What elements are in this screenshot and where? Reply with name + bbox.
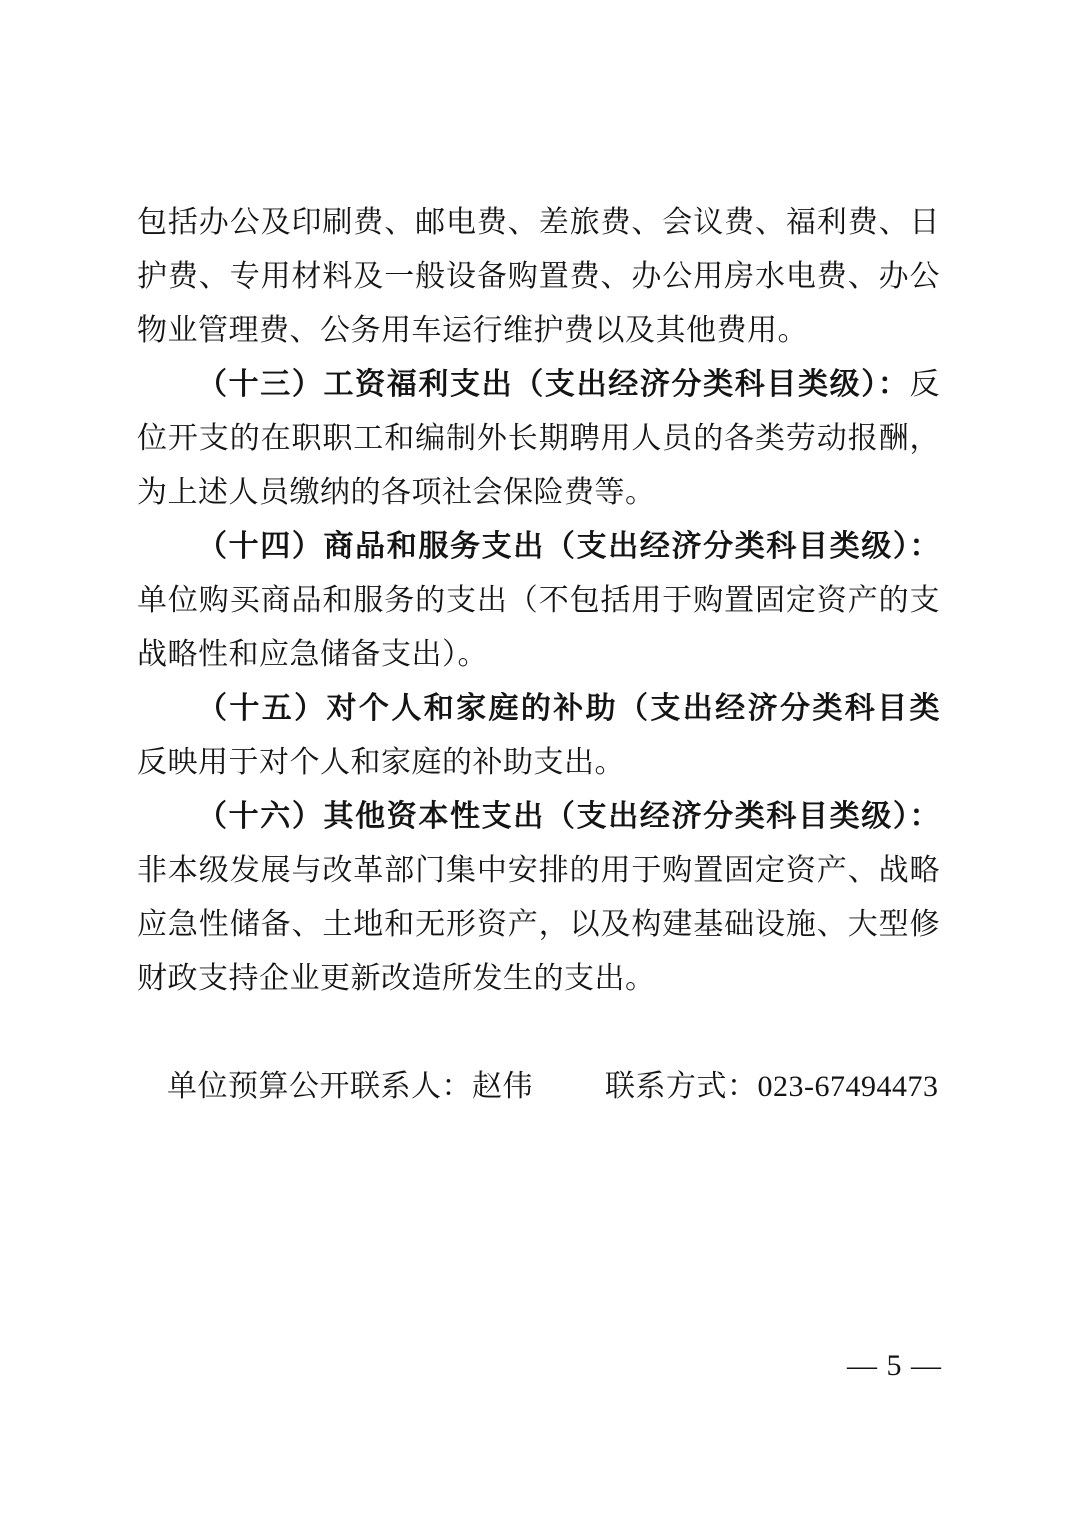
text-line: 反映用于对个人和家庭的补助支出。 (137, 736, 940, 790)
text-line: 非本级发展与改革部门集中安排的用于购置固定资产、战略性和 (137, 844, 940, 898)
line-text: 非本级发展与改革部门集中安排的用于购置固定资产、战略性和 (137, 854, 940, 898)
line-text: 应急性储备、土地和无形资产，以及构建基础设施、大型修缮和 (137, 908, 940, 952)
line-text: 财政支持企业更新改造所发生的支出。 (137, 962, 656, 995)
line-text: 护费、专用材料及一般设备购置费、办公用房水电费、办公用房 (137, 260, 940, 304)
text-line: 物业管理费、公务用车运行维护费以及其他费用。 (137, 304, 940, 358)
line-text: 包括办公及印刷费、邮电费、差旅费、会议费、福利费、日常维 (137, 206, 940, 250)
text-line-item-16: （十六）其他资本性支出（支出经济分类科目类级）：反映 (137, 790, 940, 844)
text-line: 战略性和应急储备支出）。 (137, 628, 940, 682)
contact-phone: 联系方式：023-67494473 (605, 1070, 939, 1103)
text-line: 单位购买商品和服务的支出（不包括用于购置固定资产的支出、 (137, 574, 940, 628)
item-heading: （十五）对个人和家庭的补助（支出经济分类科目类级）： (197, 692, 940, 736)
line-text: 战略性和应急储备支出）。 (137, 638, 488, 671)
text-line: 包括办公及印刷费、邮电费、差旅费、会议费、福利费、日常维 (137, 196, 940, 250)
text-line: 财政支持企业更新改造所发生的支出。 (137, 952, 940, 1006)
text-line: 护费、专用材料及一般设备购置费、办公用房水电费、办公用房 (137, 250, 940, 304)
line-text: 反映用于对个人和家庭的补助支出。 (137, 746, 625, 779)
item-heading: （十四）商品和服务支出（支出经济分类科目类级）： (197, 530, 940, 563)
item-heading: （十三）工资福利支出（支出经济分类科目类级）： (197, 368, 910, 401)
text-line-item-13: （十三）工资福利支出（支出经济分类科目类级）：反映单 (137, 358, 940, 412)
line-text: 单位购买商品和服务的支出（不包括用于购置固定资产的支出、 (137, 584, 940, 628)
document-body: 包括办公及印刷费、邮电费、差旅费、会议费、福利费、日常维 护费、专用材料及一般设… (137, 196, 940, 1114)
text-line: 位开支的在职职工和编制外长期聘用人员的各类劳动报酬，以及 (137, 412, 940, 466)
item-heading: （十六）其他资本性支出（支出经济分类科目类级）： (197, 800, 940, 833)
text-line-item-15: （十五）对个人和家庭的补助（支出经济分类科目类级）： (137, 682, 940, 736)
page-number: — 5 — (847, 1346, 942, 1386)
contact-person: 单位预算公开联系人：赵伟 (167, 1070, 533, 1103)
text-line: 应急性储备、土地和无形资产，以及构建基础设施、大型修缮和 (137, 898, 940, 952)
contact-line: 单位预算公开联系人：赵伟联系方式：023-67494473 (137, 1060, 940, 1114)
line-text: 为上述人员缴纳的各项社会保险费等。 (137, 476, 656, 509)
text-line: 为上述人员缴纳的各项社会保险费等。 (137, 466, 940, 520)
line-text: 物业管理费、公务用车运行维护费以及其他费用。 (137, 314, 808, 347)
text-line-item-14: （十四）商品和服务支出（支出经济分类科目类级）：反映 (137, 520, 940, 574)
line-text: 位开支的在职职工和编制外长期聘用人员的各类劳动报酬，以及 (137, 422, 940, 466)
